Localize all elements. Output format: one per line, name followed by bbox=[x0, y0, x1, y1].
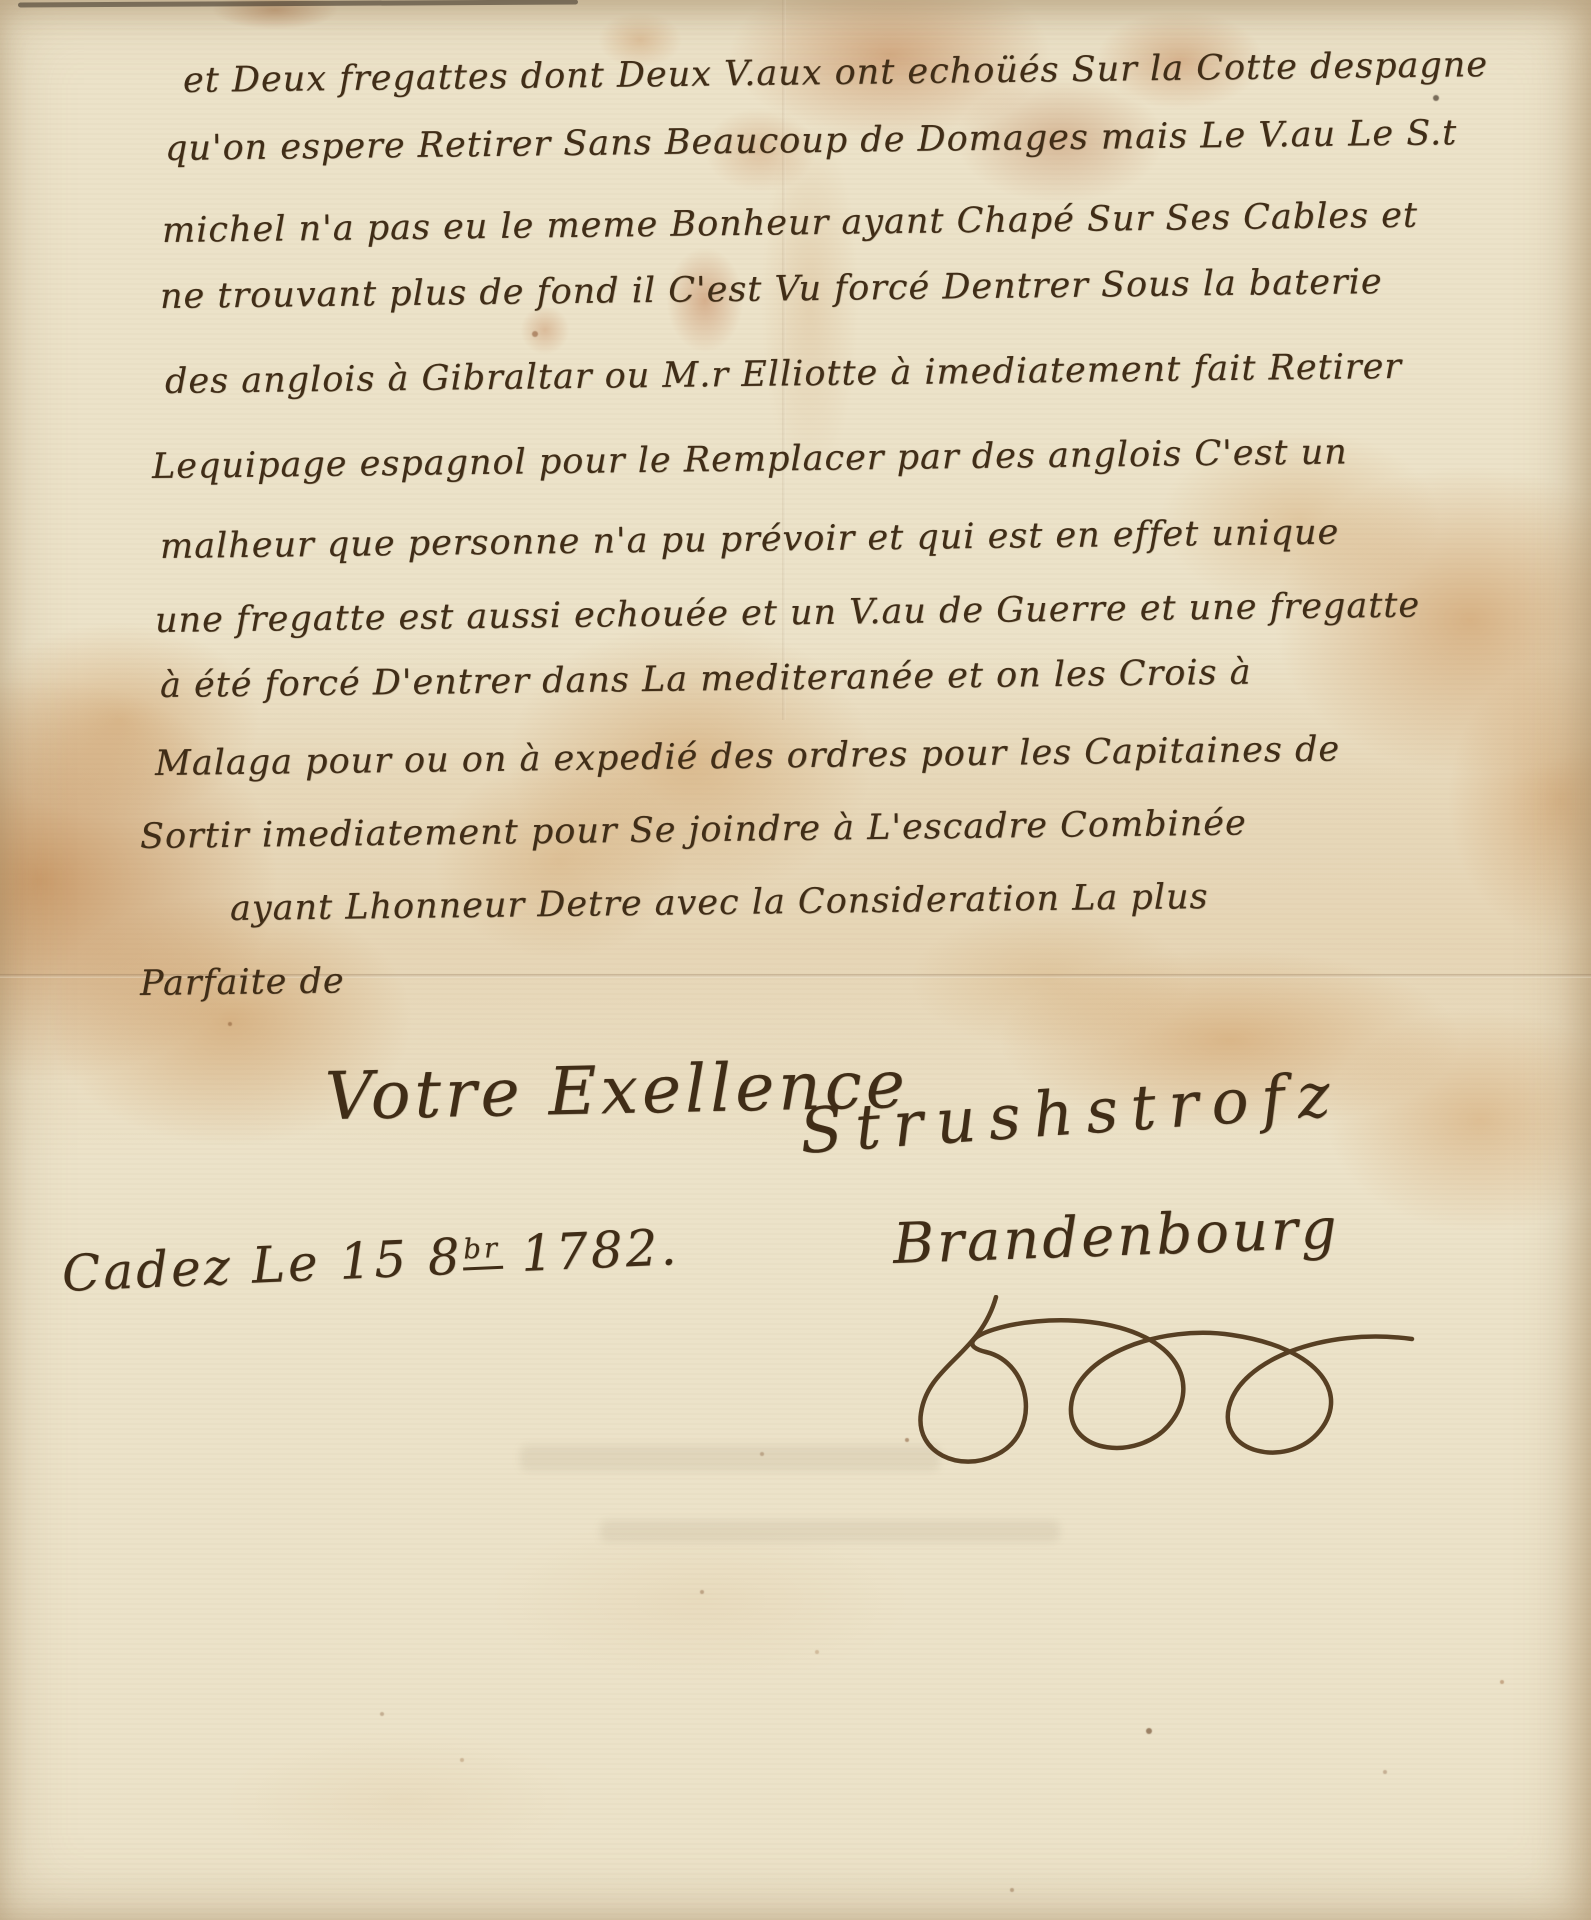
letter-line: des anglois à Gibraltar ou M.r Elliotte … bbox=[165, 347, 1402, 402]
ink-bleedthrough bbox=[520, 1445, 940, 1471]
dateline-month-superscript: br bbox=[462, 1232, 503, 1271]
scan-edge-shadow bbox=[18, 0, 578, 7]
signature-flourish-paraph bbox=[900, 1295, 1430, 1495]
ink-bleedthrough bbox=[600, 1520, 1060, 1542]
letter-line: Sortir imediatement pour Se joindre à L'… bbox=[140, 803, 1247, 857]
letter-line: à été forcé D'entrer dans La mediteranée… bbox=[160, 653, 1252, 706]
signature-line-2: Brandenbourg bbox=[892, 1196, 1341, 1277]
letter-line: michel n'a pas eu le meme Bonheur ayant … bbox=[162, 196, 1418, 251]
letter-line: qu'on espere Retirer Sans Beaucoup de Do… bbox=[165, 113, 1458, 169]
dateline: Cadez Le 15 8br 1782. bbox=[61, 1218, 681, 1303]
letter-line: ayant Lhonneur Detre avec la Considerati… bbox=[230, 877, 1209, 929]
letter-line: Malaga pour ou on à expedié des ordres p… bbox=[155, 730, 1341, 784]
letter-line: ne trouvant plus de fond il C'est Vu for… bbox=[160, 262, 1383, 317]
manuscript-letter-page: et Deux fregattes dont Deux V.aux ont ec… bbox=[0, 0, 1591, 1920]
letter-line: Parfaite de bbox=[140, 962, 345, 1004]
dateline-place-day: Cadez Le 15 8 bbox=[61, 1228, 464, 1303]
letter-line: et Deux fregattes dont Deux V.aux ont ec… bbox=[183, 45, 1488, 101]
letter-line: Lequipage espagnol pour le Remplacer par… bbox=[152, 432, 1348, 487]
letter-line: une fregatte est aussi echouée et un V.a… bbox=[155, 586, 1421, 641]
letter-line: malheur que personne n'a pu prévoir et q… bbox=[160, 513, 1340, 567]
dateline-year: 1782. bbox=[520, 1218, 681, 1283]
ink-specks bbox=[0, 0, 4, 4]
